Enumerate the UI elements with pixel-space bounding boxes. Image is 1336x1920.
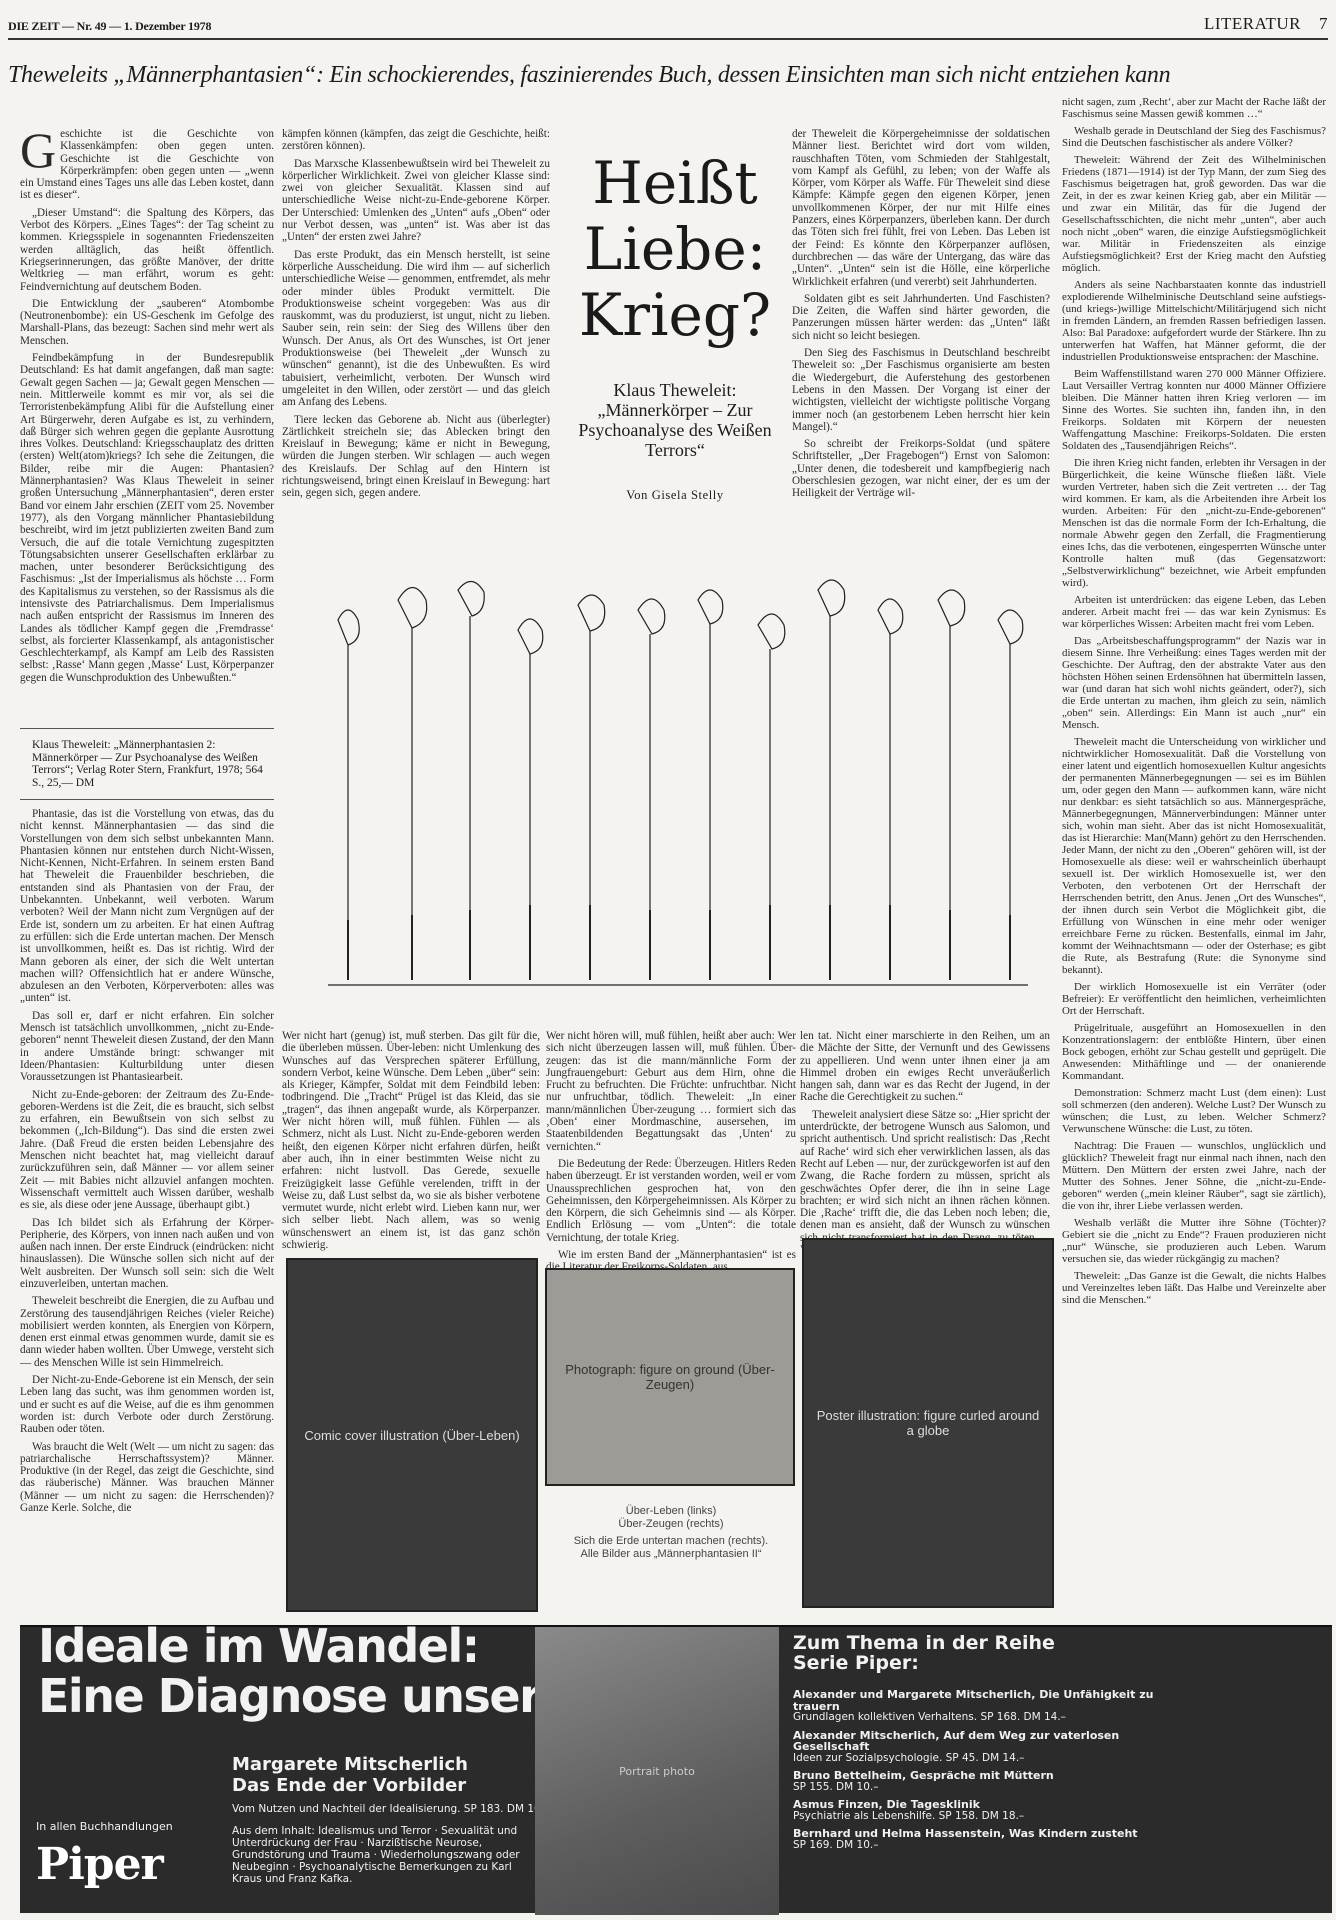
series-heading: Zum Thema in der Reihe Serie Piper:: [793, 1633, 1173, 1673]
paragraph: Den Sieg des Faschismus in Deutschland b…: [792, 347, 1050, 433]
paragraph: Was braucht die Welt (Welt — um nicht zu…: [20, 1441, 274, 1515]
paragraph: So schreibt der Freikorps-Soldat (und sp…: [792, 438, 1050, 499]
article-column-2-lower: Wer nicht hart (genug) ist, muß sterben.…: [282, 1030, 540, 1256]
series-item: Bruno Bettelheim, Gespräche mit MütternS…: [793, 1770, 1173, 1793]
paragraph: Geschichte ist die Geschichte von Klasse…: [20, 128, 274, 202]
paragraph: Das erste Produkt, das ein Mensch herste…: [282, 249, 550, 409]
article-column-1-lower: Phantasie, das ist die Vorstellung von e…: [20, 808, 274, 1519]
image-caption: Über-Leben (links) Über-Zeugen (rechts) …: [546, 1505, 796, 1561]
page-number: 7: [1319, 14, 1328, 33]
piper-logo: Piper: [36, 1839, 163, 1890]
paragraph: Anders als seine Nachbarstaaten konnte d…: [1062, 279, 1326, 363]
paragraph: len tat. Nicht einer marschierte in den …: [800, 1030, 1050, 1104]
paragraph: Theweleit: Während der Zeit des Wilhelmi…: [1062, 154, 1326, 274]
dropcap: G: [20, 130, 56, 170]
paragraph: Demonstration: Schmerz macht Lust (dem e…: [1062, 1087, 1326, 1135]
paragraph: Theweleit macht die Unterscheidung von w…: [1062, 736, 1326, 976]
ad-book-contents: Aus dem Inhalt: Idealismus und Terror · …: [232, 1825, 522, 1885]
paragraph: Das „Arbeitsbeschaffungsprogramm“ der Na…: [1062, 635, 1326, 731]
paragraph: Tiere lecken das Geborene ab. Nicht aus …: [282, 414, 550, 500]
paragraph: der Theweleit die Körpergeheimnisse der …: [792, 128, 1050, 288]
ad-book-heading: Margarete Mitscherlich Das Ende der Vorb…: [232, 1754, 468, 1796]
author-portrait: Portrait photo: [535, 1627, 779, 1915]
paragraph: Prügelrituale, ausgeführt an Homosexuell…: [1062, 1022, 1326, 1082]
article-column-1: Geschichte ist die Geschichte von Klasse…: [20, 128, 274, 689]
article-column-3-lower: Wer nicht hören will, muß fühlen, heißt …: [546, 1030, 796, 1279]
masthead: DIE ZEIT — Nr. 49 — 1. Dezember 1978 LIT…: [8, 18, 1328, 40]
illustration-center: Photograph: figure on ground (Über-Zeuge…: [545, 1268, 795, 1486]
paragraph: „Dieser Umstand“: die Spaltung des Körpe…: [20, 207, 274, 293]
paragraph: Theweleit analysiert diese Sätze so: „Hi…: [800, 1109, 1050, 1257]
series-item: Alexander Mitscherlich, Auf dem Weg zur …: [793, 1730, 1173, 1765]
ad-series-list: Zum Thema in der Reihe Serie Piper: Alex…: [793, 1627, 1173, 1857]
ad-shop-label: In allen Buchhandlungen: [36, 1820, 173, 1833]
paragraph: Das Marxsche Klassenbewußtsein wird bei …: [282, 158, 550, 244]
paragraph: Theweleit: „Das Ganze ist die Gewalt, di…: [1062, 1270, 1326, 1306]
paragraph: Das soll er, darf er nicht erfahren. Ein…: [20, 1010, 274, 1084]
article-subhead: Klaus Theweleit: „Männerkörper – Zur Psy…: [560, 380, 790, 460]
series-item: Bernhard und Helma Hassenstein, Was Kind…: [793, 1828, 1173, 1851]
paragraph: Das Ich bildet sich als Erfahrung der Kö…: [20, 1217, 274, 1291]
illustration-right: Poster illustration: figure curled aroun…: [802, 1238, 1054, 1608]
byline: Von Gisela Stelly: [560, 488, 790, 503]
paragraph: Weshalb gerade in Deutschland der Sieg d…: [1062, 125, 1326, 149]
paragraph: Wer nicht hart (genug) ist, muß sterben.…: [282, 1030, 540, 1251]
section-label: LITERATUR7: [1204, 14, 1328, 34]
publication-info: DIE ZEIT — Nr. 49 — 1. Dezember 1978: [8, 19, 211, 34]
book-info-box: Klaus Theweleit: „Männerphantasien 2: Mä…: [20, 728, 274, 800]
paragraph: Der Nicht-zu-Ende-Geborene ist ein Mensc…: [20, 1374, 274, 1435]
paragraph: kämpfen können (kämpfen, das zeigt die G…: [282, 128, 550, 153]
paragraph: Nicht zu-Ende-geboren: der Zeitraum des …: [20, 1089, 274, 1212]
figures-illustration: [318, 560, 1038, 1020]
ad-book-subtitle: Vom Nutzen und Nachteil der Idealisierun…: [232, 1803, 549, 1815]
article-headline: Heißt Liebe: Krieg?: [560, 150, 790, 348]
article-column-2: kämpfen können (kämpfen, das zeigt die G…: [282, 128, 550, 505]
series-item: Alexander und Margarete Mitscherlich, Di…: [793, 1689, 1173, 1724]
paragraph: Die Bedeutung der Rede: Überzeugen. Hitl…: [546, 1158, 796, 1244]
paragraph: Theweleit beschreibt die Energien, die z…: [20, 1295, 274, 1369]
paragraph: Phantasie, das ist die Vorstellung von e…: [20, 808, 274, 1005]
article-column-4-lower: len tat. Nicht einer marschierte in den …: [800, 1030, 1050, 1261]
paragraph: Die Entwicklung der „sauberen“ Atombombe…: [20, 298, 274, 347]
article-column-5: nicht sagen, zum ‚Recht‘, aber zur Macht…: [1062, 96, 1326, 1311]
paragraph: Die ihren Krieg nicht fanden, erlebten i…: [1062, 457, 1326, 589]
paragraph: Beim Waffenstillstand waren 270 000 Männ…: [1062, 368, 1326, 452]
paragraph: Wer nicht hören will, muß fühlen, heißt …: [546, 1030, 796, 1153]
paragraph: Arbeiten ist unterdrücken: das eigene Le…: [1062, 594, 1326, 630]
paragraph: nicht sagen, zum ‚Recht‘, aber zur Macht…: [1062, 96, 1326, 120]
paragraph: Der wirklich Homosexuelle ist ein Verrät…: [1062, 981, 1326, 1017]
paragraph: Feindbekämpfung in der Bundesrepublik De…: [20, 352, 274, 684]
series-item: Asmus Finzen, Die TagesklinikPsychiatrie…: [793, 1799, 1173, 1822]
paragraph: Weshalb verläßt die Mutter ihre Söhne (T…: [1062, 1217, 1326, 1265]
illustration-left: Comic cover illustration (Über-Leben): [286, 1258, 538, 1612]
article-column-4: der Theweleit die Körpergeheimnisse der …: [792, 128, 1050, 505]
kicker-headline: Theweleits „Männerphantasien“: Ein schoc…: [8, 62, 1328, 89]
figure-group: [338, 580, 1023, 920]
piper-advertisement: Ideale im Wandel: Eine Diagnose unserer …: [20, 1625, 1332, 1913]
paragraph: Nachtrag: Die Frauen — wunschlos, unglüc…: [1062, 1140, 1326, 1212]
paragraph: Soldaten gibt es seit Jahrhunderten. Und…: [792, 293, 1050, 342]
